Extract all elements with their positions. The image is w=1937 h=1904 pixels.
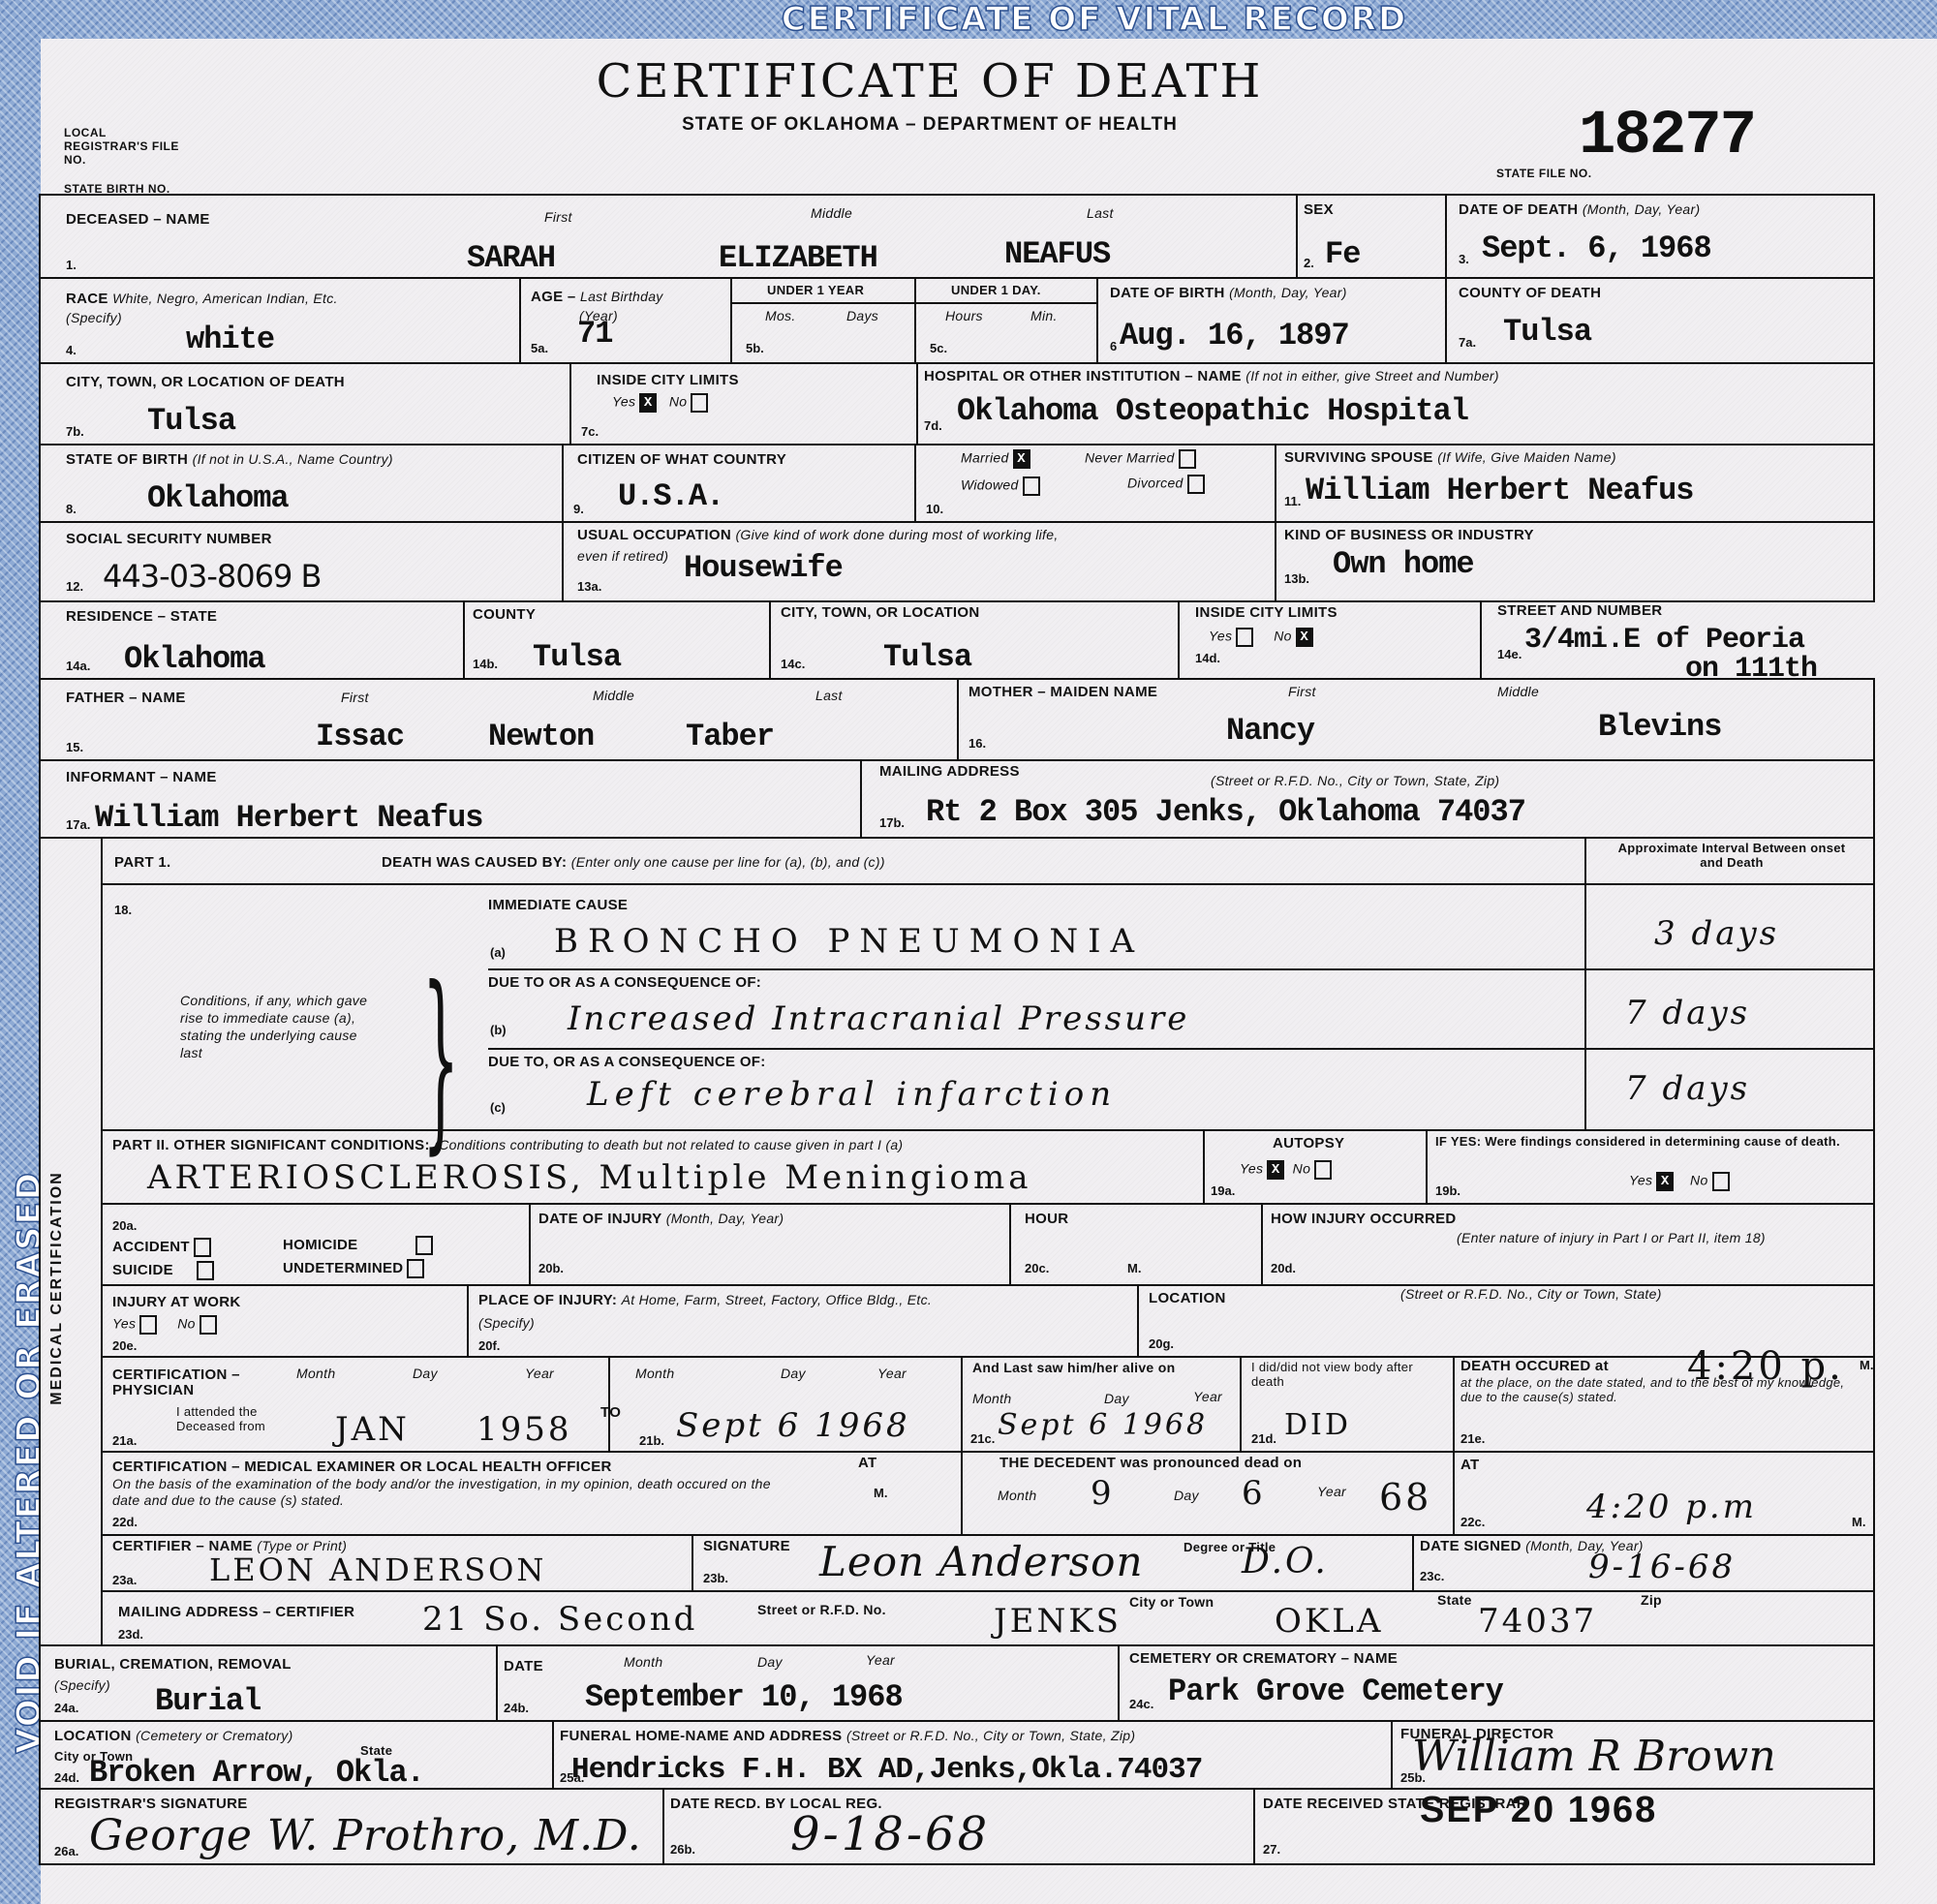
item-number: 2. — [1304, 256, 1314, 270]
date-hint: (Month, Day, Year) — [1229, 285, 1347, 300]
date-received-stamp: SEP 20 1968 — [1420, 1790, 1657, 1831]
date-hint: (Month, Day, Year) — [1583, 201, 1701, 217]
cause-a-interval: 3 days — [1654, 914, 1779, 953]
yes-label: Yes — [612, 394, 635, 410]
cause-a-value: BRONCHO PNEUMONIA — [554, 922, 1144, 961]
cemetery-value: Park Grove Cemetery — [1168, 1674, 1503, 1709]
surviving-spouse-cell: SURVIVING SPOUSE (If Wife, Give Maiden N… — [1275, 444, 1875, 523]
state-label: State — [1437, 1592, 1472, 1608]
business-cell: KIND OF BUSINESS OR INDUSTRY 13b. Own ho… — [1275, 521, 1875, 602]
item-number: 14d. — [1195, 651, 1220, 665]
mailing-address-hint: (Street or R.F.D. No., City or Town, Sta… — [1211, 773, 1499, 788]
under-1-year-label: UNDER 1 YEAR — [767, 283, 864, 297]
disposition-date-value: September 10, 1968 — [585, 1679, 903, 1715]
meridian-label: M. — [1127, 1261, 1141, 1275]
viewed-body-label: I did/did not view body after death — [1251, 1360, 1445, 1389]
widowed-label: Widowed — [961, 477, 1019, 493]
citizenship-cell: CITIZEN OF WHAT COUNTRY 9. U.S.A. — [562, 444, 916, 523]
city-of-death-label: CITY, TOWN, OR LOCATION OF DEATH — [66, 374, 345, 390]
last-label: Last — [815, 688, 843, 703]
item-number: 7b. — [66, 424, 84, 439]
cemetery-cell: CEMETERY OR CREMATORY – NAME 24c. Park G… — [1118, 1644, 1875, 1722]
viewed-body-value: DID — [1284, 1408, 1351, 1442]
item-number: 24d. — [54, 1770, 79, 1785]
item-number: 20e. — [112, 1338, 137, 1353]
item-number: 14e. — [1497, 647, 1522, 661]
middle-label: Middle — [593, 688, 634, 703]
date-of-death-value: Sept. 6, 1968 — [1482, 230, 1711, 266]
item-number: 26b. — [670, 1842, 695, 1857]
examiner-certification-cell: CERTIFICATION – MEDICAL EXAMINER OR LOCA… — [101, 1451, 963, 1536]
item-number: 20d. — [1271, 1261, 1296, 1275]
date-recd-cell: DATE RECD. BY LOCAL REG. 26b. 9-18-68 — [662, 1788, 1255, 1865]
residence-street-cell: STREET AND NUMBER 14e. 3/4mi.E of Peoria… — [1480, 600, 1875, 680]
county-of-death-value: Tulsa — [1503, 314, 1591, 350]
no-label: No — [1690, 1173, 1708, 1188]
age-label: AGE – — [531, 289, 576, 305]
disposition-location-value: Broken Arrow, Okla. — [89, 1755, 424, 1791]
item-number: 16. — [968, 736, 986, 751]
item-number: 21b. — [639, 1433, 664, 1448]
hospital-label: HOSPITAL OR OTHER INSTITUTION – NAME — [924, 368, 1242, 384]
state-of-birth-hint: (If not in U.S.A., Name Country) — [193, 451, 393, 467]
date-signed-value: 9-16-68 — [1588, 1548, 1736, 1586]
autopsy-cell: AUTOPSY YesX No 19a. — [1203, 1129, 1428, 1205]
date-of-injury-label: DATE OF INJURY — [538, 1211, 661, 1227]
residence-state-value: Oklahoma — [124, 641, 265, 677]
item-number: 19a. — [1211, 1183, 1235, 1198]
residence-street-label: STREET AND NUMBER — [1497, 602, 1662, 619]
race-cell: RACE White, Negro, American Indian, Etc.… — [39, 277, 521, 364]
day-label: Day — [1104, 1391, 1129, 1406]
examiner-note: On the basis of the examination of the b… — [112, 1476, 790, 1509]
citizenship-value: U.S.A. — [618, 478, 723, 514]
hospital-hint: (If not in either, give Street and Numbe… — [1245, 368, 1499, 384]
funeral-home-hint: (Street or R.F.D. No., City or Town, Sta… — [846, 1728, 1135, 1743]
part2-hint: (Conditions contributing to death but no… — [434, 1137, 903, 1152]
item-number: 7a. — [1459, 335, 1476, 350]
city-label: City or Town — [1129, 1594, 1214, 1610]
item-number: 24c. — [1129, 1697, 1153, 1711]
yes-label: Yes — [1240, 1161, 1263, 1177]
part1-header: PART 1. DEATH WAS CAUSED BY: (Enter only… — [101, 837, 1586, 885]
deceased-name-cell: DECEASED – NAME First Middle Last 1. SAR… — [39, 194, 1298, 279]
part2-label: PART II. OTHER SIGNIFICANT CONDITIONS: — [112, 1137, 430, 1153]
physician-certification-label: CERTIFICATION – PHYSICIAN — [112, 1367, 258, 1398]
how-injury-cell: HOW INJURY OCCURRED (Enter nature of inj… — [1261, 1203, 1875, 1286]
certifier-mailing-cell: MAILING ADDRESS – CERTIFIER 23d. 21 So. … — [101, 1590, 1875, 1646]
funeral-home-value: Hendricks F.H. BX AD,Jenks,Okla.74037 — [571, 1753, 1202, 1787]
item-number: 23b. — [703, 1571, 728, 1585]
year-label: Year — [866, 1652, 895, 1668]
father-name-cell: FATHER – NAME First Middle Last 15. Issa… — [39, 678, 959, 761]
item-number: 13a. — [577, 579, 601, 594]
hour-label: HOUR — [1025, 1211, 1068, 1227]
date-of-death-cell: DATE OF DEATH (Month, Day, Year) 3. Sept… — [1445, 194, 1875, 279]
item-number: 20g. — [1149, 1336, 1174, 1351]
page-subtitle: STATE OF OKLAHOMA – DEPARTMENT OF HEALTH — [542, 114, 1317, 136]
year-label: Year — [1193, 1389, 1222, 1404]
no-label: No — [1293, 1161, 1311, 1177]
item-number: 3. — [1459, 252, 1469, 266]
registrar-signature-label: REGISTRAR'S SIGNATURE — [54, 1796, 248, 1812]
item-number: 24a. — [54, 1701, 78, 1715]
viewed-body-cell: I did/did not view body after death 21d.… — [1240, 1356, 1455, 1453]
pronounced-time: 4:20 p.m — [1586, 1488, 1757, 1526]
item-number: 21c. — [970, 1431, 995, 1446]
item-number: 18. — [114, 903, 132, 917]
funeral-director-cell: FUNERAL DIRECTOR 25b. William R Brown — [1391, 1720, 1875, 1790]
date-hint: (Month, Day, Year) — [666, 1211, 784, 1226]
inside-no-checkbox[interactable] — [691, 393, 708, 413]
last-seen-cell: And Last saw him/her alive on Month Day … — [961, 1356, 1242, 1453]
item-number: 14c. — [781, 657, 805, 671]
item-number: 5a. — [531, 341, 548, 355]
at-label: AT — [1460, 1457, 1479, 1473]
business-value: Own home — [1333, 546, 1474, 582]
meridian-label: M. — [1860, 1358, 1873, 1372]
occupation-value: Housewife — [684, 550, 843, 586]
disposition-date-cell: DATE Month Day Year 24b. September 10, 1… — [496, 1644, 1120, 1722]
certifier-signature-cell: SIGNATURE 23b. Leon Anderson Degree or T… — [692, 1534, 1414, 1592]
spouse-value: William Herbert Neafus — [1306, 473, 1693, 508]
informant-name-cell: INFORMANT – NAME 17a. William Herbert Ne… — [39, 759, 862, 839]
first-label: First — [341, 690, 369, 705]
hour-of-injury-cell: HOUR 20c. M. — [1009, 1203, 1263, 1286]
certifier-name-cell: CERTIFIER – NAME (Type or Print) 23a. LE… — [101, 1534, 693, 1592]
item-number: 20a. — [112, 1218, 137, 1233]
part2-value: ARTERIOSCLEROSIS, Multiple Meningioma — [147, 1158, 1031, 1197]
inside-city-limits-label: INSIDE CITY LIMITS — [1195, 604, 1337, 621]
attended-to-date: Sept 6 1968 — [676, 1406, 910, 1445]
medical-certification-text: MEDICAL CERTIFICATION — [48, 1171, 66, 1404]
certifier-state: OKLA — [1275, 1602, 1383, 1641]
minutes-label: Min. — [1030, 308, 1058, 323]
certifier-degree: D.O. — [1242, 1542, 1329, 1582]
item-number: 14b. — [473, 657, 498, 671]
attended-from-month: JAN — [335, 1410, 410, 1449]
first-label: First — [544, 209, 572, 225]
divorced-label: Divorced — [1127, 476, 1184, 491]
no-label: No — [1274, 629, 1292, 644]
death-occurred-cell: DEATH OCCURED at 4:20 p. M. at the place… — [1453, 1356, 1875, 1453]
funeral-director-signature: William R Brown — [1412, 1732, 1776, 1781]
manner-of-death-cell: 20a. ACCIDENT HOMICIDE SUICIDE UNDETERMI… — [101, 1203, 531, 1286]
divorced-checkbox[interactable] — [1187, 475, 1205, 494]
item-number: 23d. — [118, 1627, 143, 1642]
accident-label: ACCIDENT — [112, 1239, 190, 1255]
ssn-cell: SOCIAL SECURITY NUMBER 12. 443-03-8069 B — [39, 521, 564, 602]
marital-status-cell: MarriedX Never Married Widowed Divorced … — [914, 444, 1276, 523]
date-of-birth-cell: DATE OF BIRTH (Month, Day, Year) 6 Aug. … — [1096, 277, 1447, 364]
county-of-death-label: COUNTY OF DEATH — [1459, 285, 1601, 301]
mother-first-name: Nancy — [1226, 713, 1314, 749]
item-number: 17b. — [879, 815, 905, 830]
how-injury-hint: (Enter nature of injury in Part I or Par… — [1457, 1230, 1863, 1245]
item-number: 24b. — [504, 1701, 529, 1715]
homicide-label: HOMICIDE — [283, 1237, 357, 1253]
item-number: 20c. — [1025, 1261, 1049, 1275]
residence-inside-no-checkbox[interactable]: X — [1296, 628, 1313, 647]
ssn-label: SOCIAL SECURITY NUMBER — [66, 531, 272, 547]
item-number: 23a. — [112, 1573, 137, 1587]
item-number: 21e. — [1460, 1431, 1485, 1446]
age-value: 71 — [577, 316, 612, 352]
state-of-birth-cell: STATE OF BIRTH (If not in U.S.A., Name C… — [39, 444, 564, 523]
brace-icon: } — [422, 963, 459, 1156]
signature-label: SIGNATURE — [703, 1538, 790, 1554]
to-label: TO — [600, 1404, 621, 1421]
specify-hint: (Specify) — [54, 1677, 110, 1693]
race-hint: White, Negro, American Indian, Etc. — [112, 291, 338, 306]
disposition-date-label: DATE — [504, 1658, 543, 1674]
findings-no-checkbox[interactable] — [1712, 1172, 1730, 1191]
certifier-street: 21 So. Second — [422, 1600, 697, 1639]
under-1-day-cell: UNDER 1 DAY. Hours Min. 5c. — [914, 277, 1098, 364]
funeral-home-cell: FUNERAL HOME-NAME AND ADDRESS (Street or… — [552, 1720, 1393, 1790]
date-of-birth-label: DATE OF BIRTH — [1110, 285, 1225, 301]
interval-label: Approximate Interval Between onset and D… — [1606, 841, 1858, 870]
pronounced-year: 68 — [1379, 1476, 1431, 1519]
months-label: Mos. — [765, 308, 796, 323]
disposition-method-cell: BURIAL, CREMATION, REMOVAL (Specify) 24a… — [39, 1644, 498, 1722]
cause-b-interval: 7 days — [1625, 994, 1750, 1032]
age-cell: AGE – Last Birthday (Year) 5a. 71 — [519, 277, 732, 364]
deceased-middle-name: ELIZABETH — [719, 240, 877, 276]
autopsy-yes-checkbox[interactable]: X — [1267, 1160, 1284, 1180]
middle-label: Middle — [1497, 684, 1539, 699]
sex-label: SEX — [1304, 201, 1334, 218]
hospital-value: Oklahoma Osteopathic Hospital — [957, 393, 1468, 429]
residence-state-cell: RESIDENCE – STATE 14a. Oklahoma — [39, 600, 465, 680]
cause-c-interval: 7 days — [1625, 1069, 1750, 1108]
item-number: 26a. — [54, 1844, 78, 1858]
father-middle-name: Newton — [488, 719, 594, 754]
caused-by-label: DEATH WAS CAUSED BY: — [382, 854, 567, 871]
findings-cell: IF YES: Were findings considered in dete… — [1426, 1129, 1875, 1205]
physician-certification-cell: CERTIFICATION – PHYSICIAN Month Day Year… — [101, 1356, 963, 1453]
day-label: Day — [413, 1366, 438, 1381]
yes-label: Yes — [1629, 1173, 1652, 1188]
day-label: Day — [1174, 1488, 1199, 1503]
local-registrar-label: LOCAL REGISTRAR'S FILE NO. — [64, 126, 190, 167]
item-number: 20f. — [478, 1338, 500, 1353]
hours-label: Hours — [945, 308, 983, 323]
spouse-hint: (If Wife, Give Maiden Name) — [1437, 449, 1616, 465]
injury-at-work-cell: INJURY AT WORK Yes No 20e. — [101, 1284, 469, 1358]
sex-value: Fe — [1325, 236, 1360, 272]
residence-city-label: CITY, TOWN, OR LOCATION — [781, 604, 980, 621]
top-banner: CERTIFICATE OF VITAL RECORD — [755, 0, 1433, 39]
place-of-injury-label: PLACE OF INJURY: — [478, 1292, 617, 1308]
deceased-name-label: DECEASED – NAME — [66, 211, 210, 228]
day-label: Day — [757, 1654, 783, 1670]
pronounced-month: 9 — [1091, 1474, 1115, 1513]
item-number: 21a. — [112, 1433, 137, 1448]
suicide-checkbox[interactable] — [197, 1261, 214, 1280]
item-number: 6 — [1110, 339, 1117, 353]
certifier-city: JENKS — [994, 1602, 1122, 1641]
disposition-location-cell: LOCATION (Cemetery or Crematory) City or… — [39, 1720, 554, 1790]
state-of-birth-label: STATE OF BIRTH — [66, 451, 188, 468]
suicide-label: SUICIDE — [112, 1262, 173, 1278]
date-of-injury-cell: DATE OF INJURY (Month, Day, Year) 20b. — [529, 1203, 1011, 1286]
cause-a-label: (a) — [490, 945, 506, 960]
due-to-label-b: DUE TO OR AS A CONSEQUENCE OF: — [488, 974, 761, 991]
date-signed-label: DATE SIGNED — [1420, 1538, 1522, 1554]
residence-city-cell: CITY, TOWN, OR LOCATION 14c. Tulsa — [769, 600, 1180, 680]
item-number: 9. — [573, 502, 584, 516]
spouse-label: SURVIVING SPOUSE — [1284, 449, 1433, 466]
cause-c-label: (c) — [490, 1100, 506, 1115]
inside-yes-checkbox[interactable]: X — [639, 393, 657, 413]
death-occurred-note: at the place, on the date stated, and to… — [1460, 1375, 1867, 1404]
part2-cell: PART II. OTHER SIGNIFICANT CONDITIONS: (… — [101, 1129, 1205, 1205]
autopsy-no-checkbox[interactable] — [1314, 1160, 1332, 1180]
pronounced-dead-label: THE DECEDENT was pronounced dead on — [999, 1455, 1302, 1471]
yes-label: Yes — [112, 1316, 136, 1332]
divider — [608, 1358, 610, 1451]
item-number: 5c. — [930, 341, 947, 355]
informant-name-label: INFORMANT – NAME — [66, 769, 217, 785]
state-file-no-label: STATE FILE NO. — [1496, 167, 1592, 180]
attended-from-year: 1958 — [477, 1410, 572, 1449]
mother-name-label: MOTHER – MAIDEN NAME — [968, 684, 1157, 700]
married-label: Married — [961, 450, 1009, 466]
occupation-label: USUAL OCCUPATION — [577, 527, 731, 543]
last-seen-value: Sept 6 1968 — [998, 1408, 1208, 1442]
accident-checkbox[interactable] — [194, 1238, 211, 1257]
item-number: 10. — [926, 502, 943, 516]
homicide-checkbox[interactable] — [415, 1236, 433, 1255]
residence-county-label: COUNTY — [473, 606, 536, 623]
meridian-label: M. — [874, 1486, 887, 1500]
date-recd-value: 9-18-68 — [790, 1807, 990, 1861]
cause-c-value: Left cerebral infarction — [587, 1075, 1117, 1114]
item-number: 13b. — [1284, 571, 1309, 586]
place-of-injury-hint: At Home, Farm, Street, Factory, Office B… — [622, 1292, 933, 1307]
interval-header: Approximate Interval Between onset and D… — [1584, 837, 1875, 885]
undetermined-label: UNDETERMINED — [283, 1260, 403, 1276]
never-married-checkbox[interactable] — [1179, 449, 1196, 469]
pronounced-dead-cell: THE DECEDENT was pronounced dead on Mont… — [961, 1451, 1455, 1536]
city-of-death-value: Tulsa — [147, 403, 235, 439]
year-label: Year — [1317, 1484, 1346, 1499]
occupation-hint: (Give kind of work done during most of w… — [735, 527, 1058, 542]
date-of-birth-value: Aug. 16, 1897 — [1120, 318, 1349, 353]
last-seen-label: And Last saw him/her alive on — [972, 1360, 1175, 1375]
findings-label: IF YES: Were findings considered in dete… — [1435, 1133, 1871, 1150]
mailing-address-label: MAILING ADDRESS — [879, 763, 1020, 780]
attended-label: I attended the Deceased from — [176, 1404, 283, 1433]
item-number: 14a. — [66, 659, 90, 673]
specify-hint: (Specify) — [478, 1315, 535, 1331]
widowed-checkbox[interactable] — [1023, 476, 1040, 496]
part1-label: PART 1. — [114, 854, 171, 871]
residence-inside-yes-checkbox[interactable] — [1236, 628, 1253, 647]
undetermined-checkbox[interactable] — [407, 1259, 424, 1278]
county-of-death-cell: COUNTY OF DEATH 7a. Tulsa — [1445, 277, 1875, 364]
work-yes-checkbox[interactable] — [139, 1315, 157, 1335]
item-number: 21d. — [1251, 1431, 1276, 1446]
no-label: No — [177, 1316, 196, 1332]
cause-b-value: Increased Intracranial Pressure — [568, 999, 1189, 1038]
certifier-zip: 74037 — [1478, 1602, 1597, 1641]
under-1-day-label: UNDER 1 DAY. — [951, 283, 1041, 297]
location-label: LOCATION — [54, 1728, 132, 1744]
never-married-label: Never Married — [1085, 450, 1175, 466]
residence-state-label: RESIDENCE – STATE — [66, 608, 217, 625]
residence-street-line-1: 3/4mi.E of Peoria — [1524, 624, 1804, 657]
item-number: 1. — [66, 258, 77, 272]
item-number: 22d. — [112, 1515, 138, 1529]
month-label: Month — [998, 1488, 1036, 1503]
residence-county-cell: COUNTY 14b. Tulsa — [463, 600, 771, 680]
occupation-cell: USUAL OCCUPATION (Give kind of work done… — [562, 521, 1276, 602]
pronounced-day: 6 — [1242, 1474, 1266, 1513]
zip-label: Zip — [1641, 1592, 1662, 1608]
residence-inside-limits-cell: INSIDE CITY LIMITS Yes NoX 14d. — [1178, 600, 1482, 680]
city-of-death-cell: CITY, TOWN, OR LOCATION OF DEATH 7b. Tul… — [39, 362, 571, 445]
item-number: 19b. — [1435, 1183, 1460, 1198]
item-number: 11. — [1284, 494, 1301, 508]
father-first-name: Issac — [316, 719, 404, 754]
item-number: 27. — [1263, 1842, 1280, 1857]
injury-at-work-label: INJURY AT WORK — [112, 1294, 241, 1310]
pronounced-time-cell: AT 22c. 4:20 p.m M. — [1453, 1451, 1875, 1536]
first-label: First — [1288, 684, 1316, 699]
specify-hint: (Specify) — [66, 310, 122, 325]
race-label: RACE — [66, 291, 108, 307]
registrar-signature-cell: REGISTRAR'S SIGNATURE 26a. George W. Pro… — [39, 1788, 664, 1865]
date-of-death-label: DATE OF DEATH — [1459, 201, 1578, 218]
month-label: Month — [635, 1366, 674, 1381]
caused-by-hint: (Enter only one cause per line for (a), … — [571, 854, 885, 870]
registrar-signature: George W. Prothro, M.D. — [89, 1811, 642, 1860]
married-checkbox[interactable]: X — [1013, 449, 1030, 469]
state-file-number: 18277 — [1579, 102, 1755, 171]
page-title: CERTIFICATE OF DEATH — [542, 58, 1317, 105]
year-label: Year — [877, 1366, 907, 1381]
hospital-cell: HOSPITAL OR OTHER INSTITUTION – NAME (If… — [916, 362, 1875, 445]
item-number: 22c. — [1460, 1515, 1485, 1529]
item-number: 23c. — [1420, 1569, 1444, 1583]
month-label: Month — [624, 1654, 662, 1670]
certifier-mailing-label: MAILING ADDRESS – CERTIFIER — [118, 1604, 354, 1620]
year-label: Year — [525, 1366, 554, 1381]
immediate-cause-label: IMMEDIATE CAUSE — [488, 897, 628, 913]
no-label: No — [669, 394, 688, 410]
autopsy-label: AUTOPSY — [1273, 1135, 1344, 1152]
item-number: 5b. — [746, 341, 764, 355]
item-number: 15. — [66, 740, 83, 754]
middle-label: Middle — [811, 205, 852, 221]
item-number: 4. — [66, 343, 77, 357]
work-no-checkbox[interactable] — [200, 1315, 217, 1335]
under-1-year-cell: UNDER 1 YEAR Mos. Days 5b. — [730, 277, 916, 364]
last-label: Last — [1087, 205, 1114, 221]
father-last-name: Taber — [686, 719, 774, 754]
mother-name-cell: MOTHER – MAIDEN NAME First Middle 16. Na… — [957, 678, 1875, 761]
findings-yes-checkbox[interactable]: X — [1656, 1172, 1674, 1191]
funeral-home-label: FUNERAL HOME-NAME AND ADDRESS — [560, 1728, 842, 1744]
cause-of-death-cell: 18. Conditions, if any, which gave rise … — [101, 883, 1586, 1131]
examiner-certification-label: CERTIFICATION – MEDICAL EXAMINER OR LOCA… — [112, 1459, 612, 1475]
injury-location-hint: (Street or R.F.D. No., City or Town, Sta… — [1400, 1286, 1662, 1302]
deceased-first-name: SARAH — [467, 240, 555, 276]
day-label: Day — [781, 1366, 806, 1381]
state-of-birth-value: Oklahoma — [147, 480, 289, 516]
